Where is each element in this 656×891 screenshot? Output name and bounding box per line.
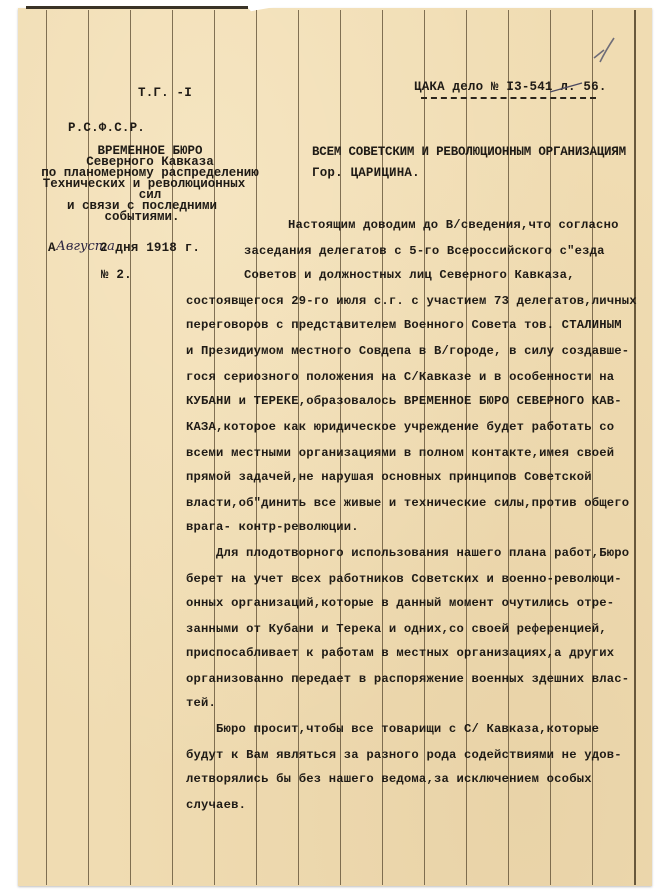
body-line: тей. (186, 696, 216, 710)
ruled-line (634, 10, 636, 885)
body-line: занными от Кубани и Терека и одних,со св… (186, 622, 607, 636)
body-line: гося сериозного положения на С/Кавказе и… (186, 370, 614, 384)
body-line: случаев. (186, 798, 246, 812)
body-line: Советов и должностных лиц Северного Кавк… (244, 268, 575, 282)
body-line: прямой задачей,не нарушая основных принц… (186, 470, 592, 484)
body-line: КАЗА,которое как юридическое учреждение … (186, 420, 614, 434)
ruled-line (130, 10, 131, 885)
body-line: КУБАНИ и ТЕРЕКЕ,образовалось ВРЕМЕННОЕ Б… (186, 394, 622, 408)
document-number: № 2. (101, 268, 132, 282)
sender-block: ВРЕМЕННОЕ БЮРО Северного Кавказа по план… (40, 146, 260, 223)
body-line: Бюро просит,чтобы все товарищи с С/ Кавк… (216, 722, 599, 736)
date-typed: 2 дня 1918 г. (100, 241, 200, 255)
ruled-line (88, 10, 89, 885)
body-line: приспосабливает к работам в местных орга… (186, 646, 614, 660)
country-heading: Р.С.Ф.С.Р. (68, 121, 145, 135)
date-prefix: А (48, 241, 56, 255)
body-line: берет на учет всех работников Советских … (186, 572, 622, 586)
pencil-page-number (590, 36, 620, 66)
paper-top-edge (26, 6, 248, 9)
body-line: организованно передает в распоряжение во… (186, 672, 629, 686)
sender-line: событиями. (24, 212, 260, 223)
body-line: заседания делегатов с 5-го Всероссийског… (244, 244, 605, 258)
body-line: Для плодотворного использования нашего п… (216, 546, 629, 560)
body-line: всеми местными организациями в полном ко… (186, 446, 614, 460)
body-line: состоявщегося 29-го июля с.г. с участием… (186, 294, 637, 308)
ruled-line (46, 10, 47, 885)
body-line: летворялись бы без нашего ведома,за искл… (186, 772, 592, 786)
body-line: и Президиумом местного Совдепа в В/город… (186, 344, 629, 358)
strikethrough-mark (548, 80, 584, 94)
addressee-line-1: ВСЕМ СОВЕТСКИМ И РЕВОЛЮЦИОННЫМ ОРГАНИЗАЦ… (312, 145, 626, 159)
document-code: Т.Г. -I (138, 86, 192, 100)
body-line: переговоров с представителем Военного Со… (186, 318, 622, 332)
body-line: Настоящим доводим до В/сведения,что согл… (288, 218, 619, 232)
body-line: врага- контр-революции. (186, 520, 359, 534)
archive-reference-underline (421, 97, 596, 99)
body-line: будут к Вам являться за разного рода сод… (186, 748, 622, 762)
body-line: власти,об"динить все живые и технические… (186, 496, 629, 510)
addressee-line-2: Гор. ЦАРИЦИНА. (312, 166, 420, 180)
ruled-line (172, 10, 173, 885)
body-line: онных организаций,которые в данный момен… (186, 596, 614, 610)
